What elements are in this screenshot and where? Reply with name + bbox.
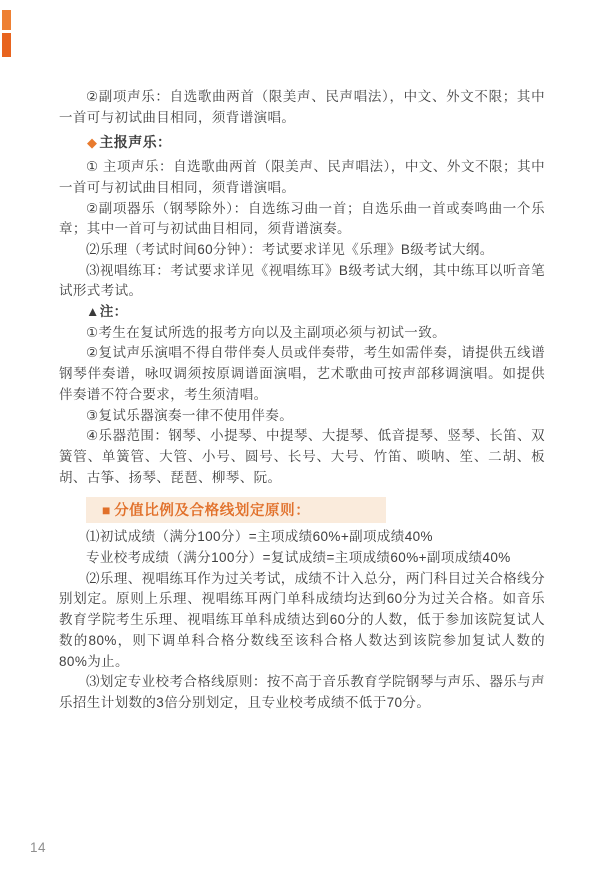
- intro-paragraph: ②副项声乐：自选歌曲两首（限美声、民声唱法），中文、外文不限；其中一首可与初试曲…: [59, 87, 545, 128]
- score-paragraph-2: 专业校考成绩（满分100分）=复试成绩=主项成绩60%+副项成绩40%: [59, 548, 545, 569]
- vocal-paragraph-1: ① 主项声乐：自选歌曲两首（限美声、民声唱法），中文、外文不限；其中一首可与初试…: [59, 157, 545, 198]
- note-item-4: ④乐器范围：钢琴、小提琴、中提琴、大提琴、低音提琴、竖琴、长笛、双簧管、单簧管、…: [59, 426, 545, 488]
- score-paragraph-1: ⑴初试成绩（满分100分）=主项成绩60%+副项成绩40%: [59, 527, 545, 548]
- vocal-paragraph-4: ⑶视唱练耳：考试要求详见《视唱练耳》B级考试大纲，其中练耳以听音笔试形式考试。: [59, 261, 545, 302]
- page-number: 14: [30, 840, 46, 855]
- note-item-2: ②复试声乐演唱不得自带伴奏人员或伴奏带，考生如需伴奏，请提供五线谱钢琴伴奏谱，咏…: [59, 343, 545, 405]
- score-section-heading-label: 分值比例及合格线划定原则：: [114, 503, 310, 519]
- score-paragraph-4: ⑶划定专业校考合格线原则：按不高于音乐教育学院钢琴与声乐、器乐与声乐招生计划数的…: [59, 672, 545, 713]
- vocal-section-heading: ◆主报声乐：: [59, 132, 545, 154]
- diamond-bullet-icon: ◆: [87, 135, 97, 150]
- vocal-paragraph-3: ⑵乐理（考试时间60分钟）：考试要求详见《乐理》B级考试大纲。: [59, 240, 545, 261]
- vocal-section-heading-label: 主报声乐：: [99, 134, 171, 150]
- document-page: ②副项声乐：自选歌曲两首（限美声、民声唱法），中文、外文不限；其中一首可与初试曲…: [0, 0, 600, 884]
- note-label: ▲注：: [59, 302, 545, 323]
- page-edge-tab-top: [2, 10, 11, 30]
- page-content: ②副项声乐：自选歌曲两首（限美声、民声唱法），中文、外文不限；其中一首可与初试曲…: [59, 87, 545, 714]
- square-bullet-icon: ■: [102, 502, 111, 518]
- note-item-1: ①考生在复试所选的报考方向以及主副项必须与初试一致。: [59, 323, 545, 344]
- score-paragraph-3: ⑵乐理、视唱练耳作为过关考试，成绩不计入总分，两门科目过关合格线分别划定。原则上…: [59, 569, 545, 673]
- score-section-heading: ■分值比例及合格线划定原则：: [86, 497, 386, 523]
- page-edge-tab-bottom: [2, 33, 11, 57]
- vocal-paragraph-2: ②副项器乐（钢琴除外）：自选练习曲一首；自选乐曲一首或奏鸣曲一个乐章；其中一首可…: [59, 199, 545, 240]
- note-item-3: ③复试乐器演奏一律不使用伴奏。: [59, 406, 545, 427]
